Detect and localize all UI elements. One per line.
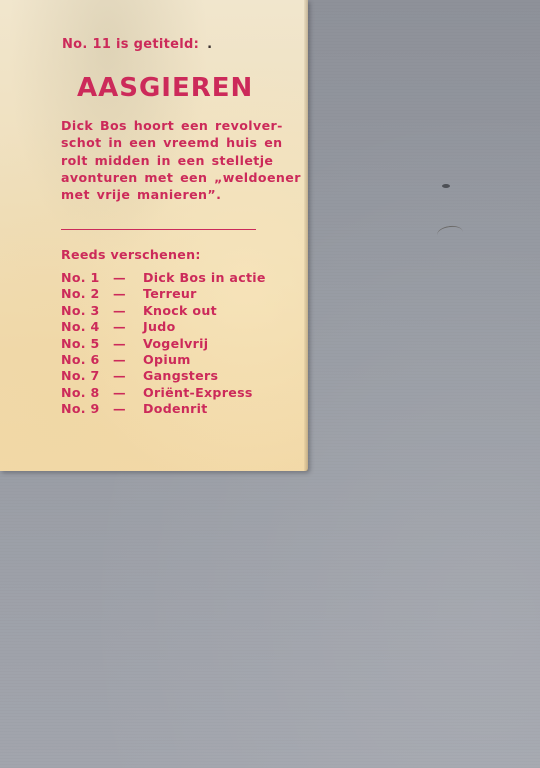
issue-number: No. 4: [61, 319, 113, 335]
em-dash: —: [113, 401, 143, 417]
em-dash: —: [113, 352, 143, 368]
issue-title: Oriënt-Express: [143, 385, 253, 401]
list-item: No. 2—Terreur: [61, 286, 266, 302]
list-item: No. 1—Dick Bos in actie: [61, 270, 266, 286]
issue-title: Terreur: [143, 286, 197, 302]
next-issue-label: No. 11 is getiteld:.: [62, 37, 212, 52]
stray-dot: .: [207, 37, 212, 52]
list-item: No. 7—Gangsters: [61, 368, 266, 384]
issue-number: No. 8: [61, 385, 113, 401]
em-dash: —: [113, 319, 143, 335]
list-item: No. 4—Judo: [61, 319, 266, 335]
previously-published-heading: Reeds verschenen:: [61, 247, 201, 262]
list-item: No. 5—Vogelvrij: [61, 336, 266, 352]
issue-title: Gangsters: [143, 368, 218, 384]
next-issue-title: AASGIEREN: [77, 73, 253, 103]
issue-number: No. 7: [61, 368, 113, 384]
dust-speck: [442, 184, 450, 188]
issue-title: Judo: [143, 319, 176, 335]
em-dash: —: [113, 385, 143, 401]
issue-number: No. 9: [61, 401, 113, 417]
blurb-line: avonturen met een „weldoener: [61, 169, 261, 186]
list-item: No. 3—Knock out: [61, 303, 266, 319]
blurb-line: schot in een vreemd huis en: [61, 134, 261, 151]
em-dash: —: [113, 336, 143, 352]
previously-published-list: No. 1—Dick Bos in actieNo. 2—TerreurNo. …: [61, 270, 266, 418]
issue-title: Vogelvrij: [143, 336, 208, 352]
book-back-cover: No. 11 is getiteld:. AASGIEREN Dick Bos …: [0, 0, 308, 471]
issue-number: No. 2: [61, 286, 113, 302]
issue-number: No. 5: [61, 336, 113, 352]
list-item: No. 6—Opium: [61, 352, 266, 368]
blurb-line: met vrije manieren”.: [61, 186, 261, 203]
issue-title: Dodenrit: [143, 401, 208, 417]
issue-title: Opium: [143, 352, 191, 368]
issue-number: No. 6: [61, 352, 113, 368]
blurb-line: rolt midden in een stelletje: [61, 152, 261, 169]
divider-line: [61, 229, 256, 230]
issue-number: No. 3: [61, 303, 113, 319]
next-issue-label-text: No. 11 is getiteld:: [62, 37, 199, 52]
issue-title: Dick Bos in actie: [143, 270, 266, 286]
em-dash: —: [113, 303, 143, 319]
list-item: No. 8—Oriënt-Express: [61, 385, 266, 401]
blurb-text: Dick Bos hoort een revolver- schot in ee…: [61, 117, 261, 203]
em-dash: —: [113, 286, 143, 302]
em-dash: —: [113, 270, 143, 286]
em-dash: —: [113, 368, 143, 384]
issue-title: Knock out: [143, 303, 217, 319]
blurb-line: Dick Bos hoort een revolver-: [61, 117, 261, 134]
issue-number: No. 1: [61, 270, 113, 286]
list-item: No. 9—Dodenrit: [61, 401, 266, 417]
